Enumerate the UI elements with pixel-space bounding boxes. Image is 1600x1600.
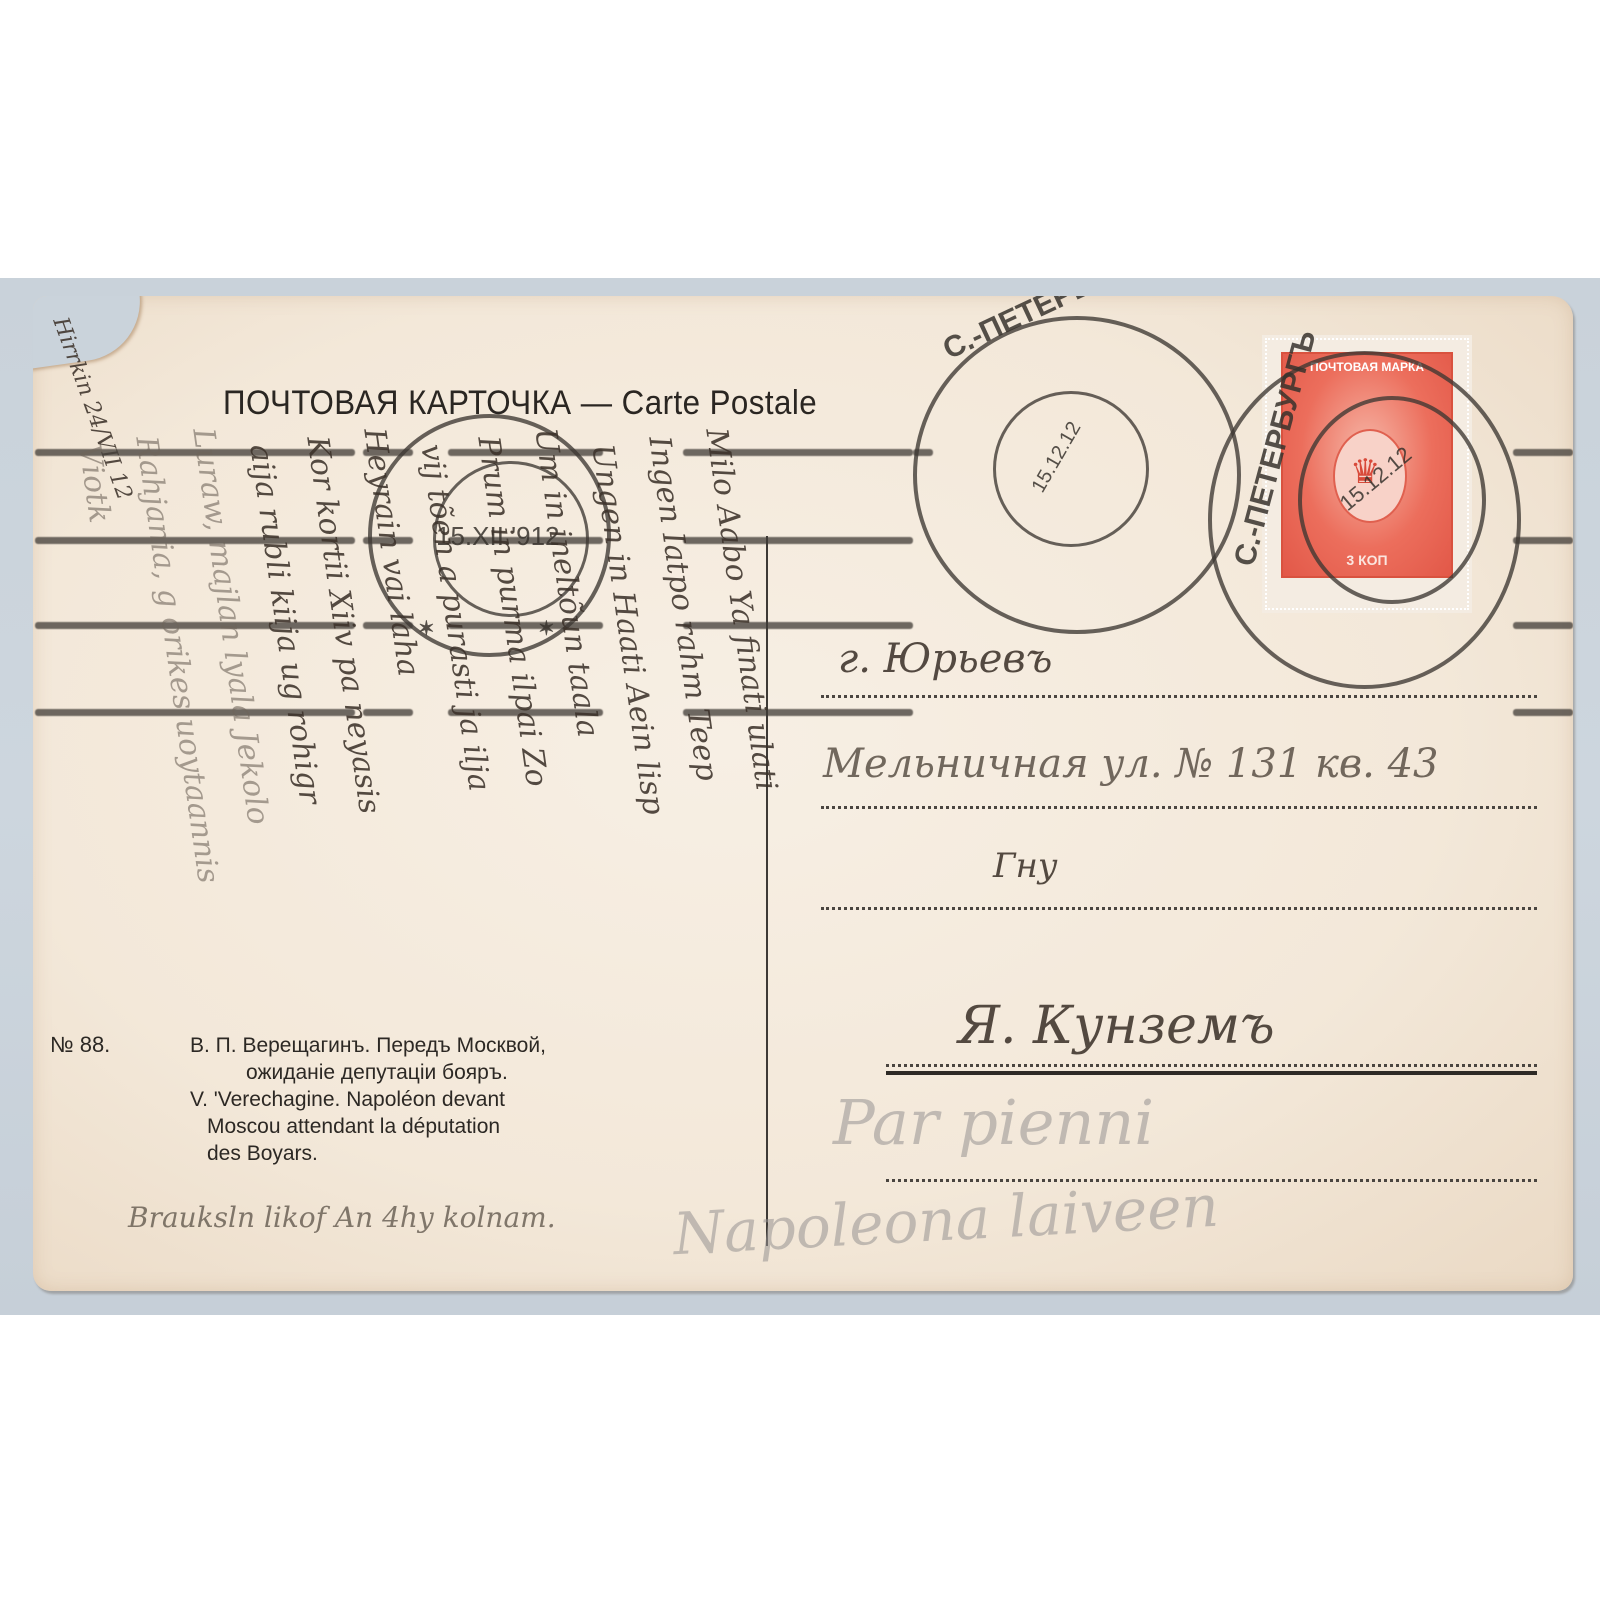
address-line-1 xyxy=(821,695,1537,698)
cancellation-bar xyxy=(1513,449,1573,456)
message-address-divider xyxy=(766,536,768,1246)
cancellation-bar xyxy=(1513,537,1573,544)
recipient-underline xyxy=(886,1071,1537,1075)
cancellation-bar xyxy=(35,622,355,629)
postmark-star: ✶ xyxy=(538,616,555,641)
caption-fr-line1: V. 'Verechagine. Napoléon devant xyxy=(50,1086,760,1113)
caption-ru-line2: ожиданіе депутаціи бояръ. xyxy=(50,1059,760,1086)
pencil-note-1: Par pienni xyxy=(833,1086,1154,1159)
address-line-2 xyxy=(821,806,1537,809)
postcard: Hirrkin 24/VII 12 ПОЧТОВАЯ КАРТОЧКА — Ca… xyxy=(33,296,1573,1291)
picture-caption: № 88.В. П. Верещагинъ. Передъ Москвой, о… xyxy=(50,1031,760,1167)
cancellation-bar xyxy=(35,537,355,544)
cancellation-bar xyxy=(1513,709,1573,716)
caption-fr-line3: des Boyars. xyxy=(50,1140,760,1167)
address-line-4 xyxy=(886,1064,1537,1067)
caption-fr-line2: Moscou attendant la députation xyxy=(50,1113,760,1140)
address-line-3 xyxy=(821,907,1537,910)
pencil-note-2: Napoleona laiveen xyxy=(672,1172,1221,1268)
caption-ru-line1: В. П. Верещагинъ. Передъ Москвой, xyxy=(190,1034,546,1057)
postmark-center-inner xyxy=(993,391,1149,547)
address-recipient: Я. Кунземъ xyxy=(958,996,1275,1056)
signature-line: Brauksln likof An 4hy kolnam. xyxy=(128,1201,556,1234)
address-street: Мельничная ул. № 131 кв. 43 xyxy=(823,741,1439,787)
cancellation-bar xyxy=(1513,622,1573,629)
cancellation-bar xyxy=(683,622,913,629)
cancellation-bar xyxy=(683,709,913,716)
card-number: № 88. xyxy=(50,1031,190,1058)
address-city: г. Юрьевъ xyxy=(838,636,1052,682)
address-honorific: Гну xyxy=(993,846,1058,886)
postmark-right-inner xyxy=(1298,396,1486,604)
